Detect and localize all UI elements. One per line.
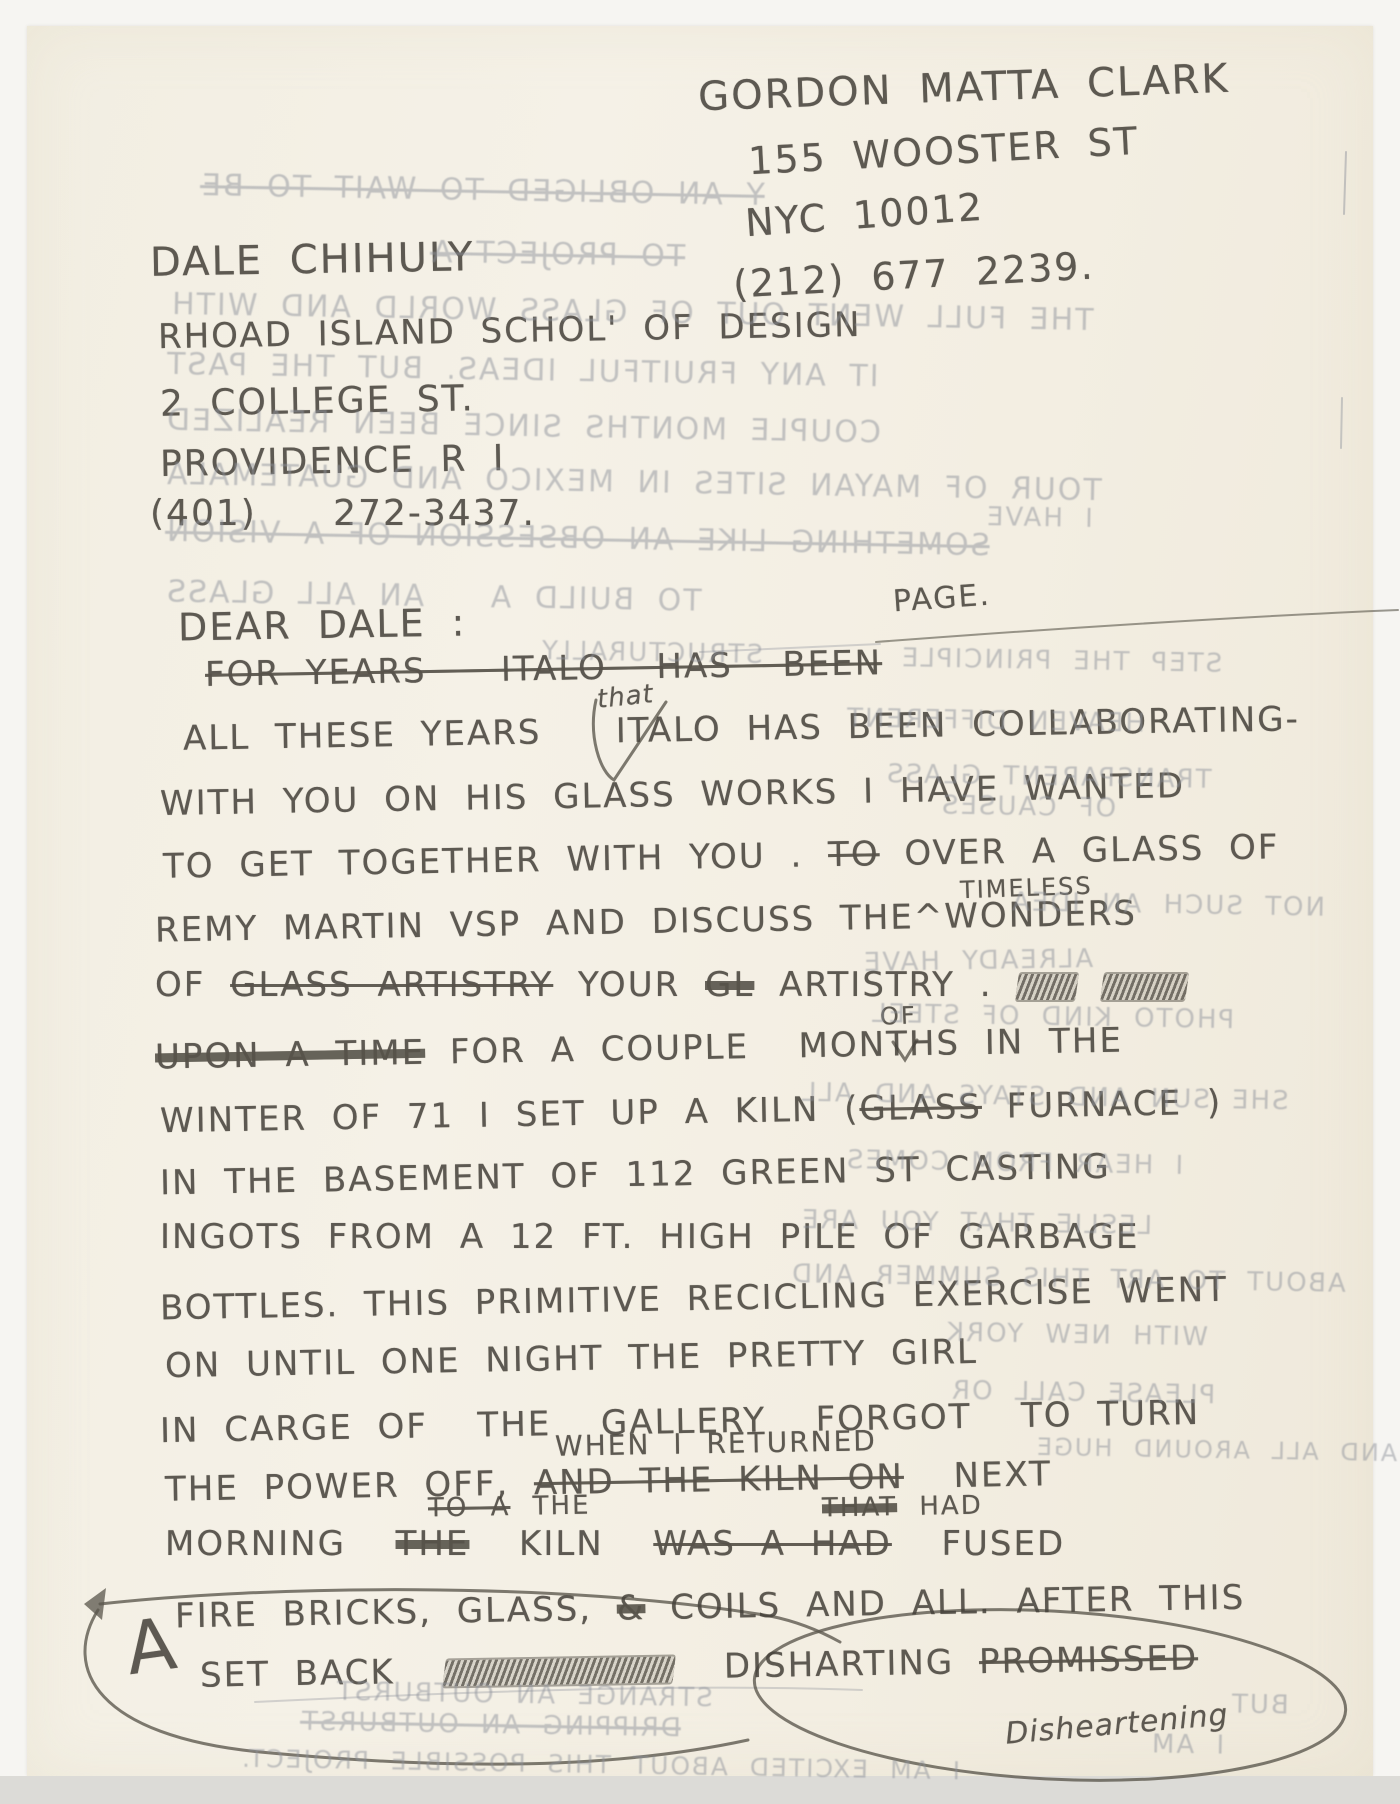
scribbled-out-word (1100, 974, 1189, 1000)
bleed-through-text: ALREADY HAVE (862, 946, 1094, 976)
bleed-through-text: WITH NEW YORK (945, 1320, 1208, 1351)
bleed-through-text: TO PROJECT A (430, 238, 686, 272)
recipient-address-line: DALE CHIHULY (150, 237, 475, 283)
bleed-through-text: AND ALL AROUND HUGE (1035, 1435, 1398, 1465)
bleed-through-text: LESLIE THAT YOU ARE (800, 1207, 1153, 1239)
inserted-word: WHEN I RETURNED (555, 1427, 877, 1461)
bleed-through-text: BUT (1230, 1691, 1289, 1718)
inserted-word: THAT HAD (822, 1493, 983, 1522)
salutation-line: PAGE. (892, 581, 992, 618)
bleed-through-text: DRIPPING AN OUTBURST (300, 1709, 681, 1742)
body-line: MORNING THE KILN WAS A HAD FUSED (165, 1527, 1065, 1561)
bleed-through-text: TRANSPARENT GLASS (885, 761, 1212, 793)
bleed-through-text: PHOTO KIND OF STEEL (870, 1001, 1235, 1033)
bleed-through-text: I AM (1150, 1731, 1225, 1758)
inserted-word: that (596, 681, 655, 713)
bleed-through-text: NOT SUCH AN IDEA (1010, 889, 1325, 920)
bleed-through-text: HEAVEN DIFFERENT (845, 705, 1145, 736)
inserted-word: TO A THE (428, 1493, 591, 1522)
bleed-through-text: I HAVE (985, 504, 1093, 532)
bleed-through-text: STRANGE AN OUTBURST (335, 1679, 713, 1712)
bleed-through-text: STRUCTURALLY (540, 638, 763, 668)
bleed-through-text: STEP THE PRINCIPLE (900, 645, 1223, 677)
bleed-through-text: I HEAR FROM COMES (845, 1147, 1184, 1179)
scanned-letter-page: { "page": { "paper_color": "#f2eee2", "b… (0, 0, 1400, 1804)
bleed-through-text: PLEASE CALL OR (950, 1378, 1216, 1409)
scribbled-out-word (1016, 974, 1080, 1000)
bleed-through-text: OF CAUSES (940, 792, 1117, 821)
margin-annotation: A (121, 1607, 182, 1685)
